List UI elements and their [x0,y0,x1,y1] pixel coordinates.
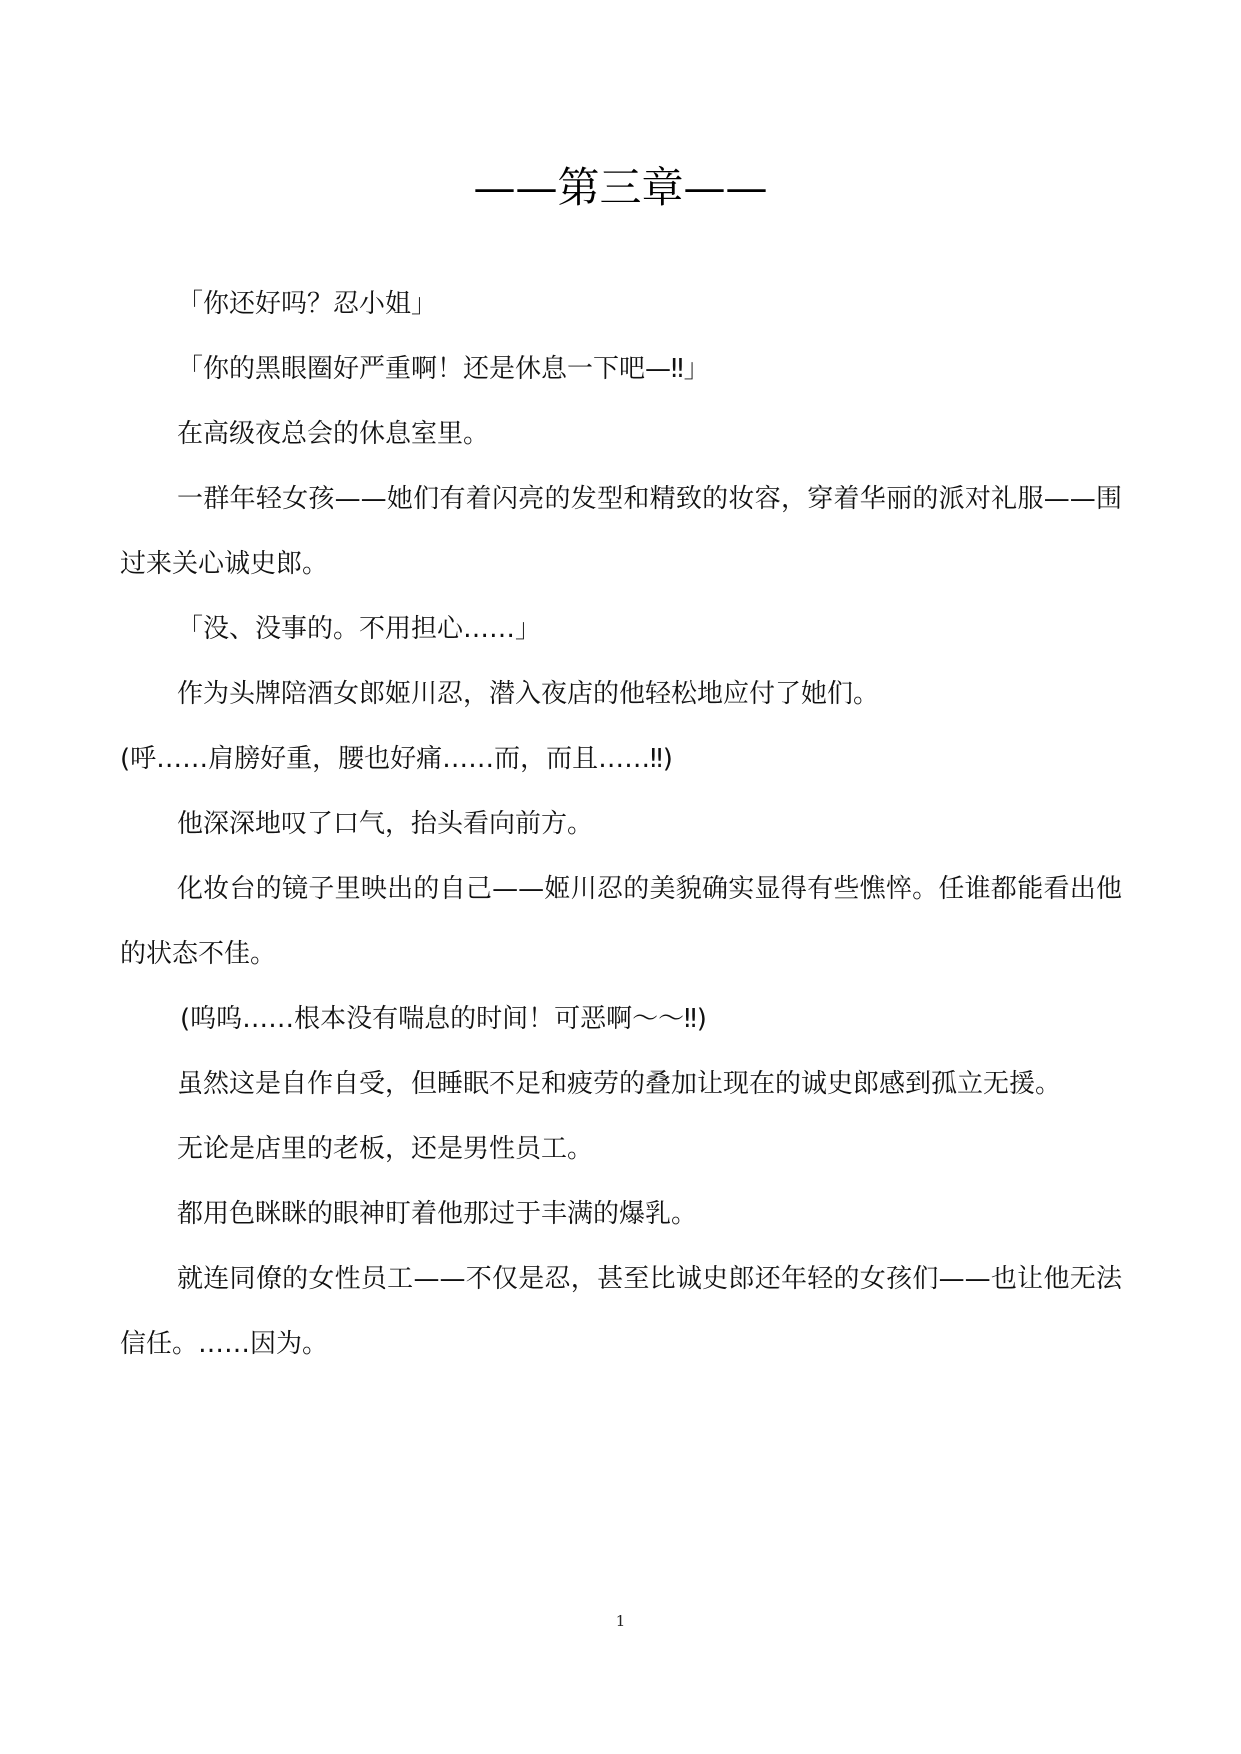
paragraph: (呜呜……根本没有喘息的时间！可恶啊～～‼) [120,987,1122,1052]
paragraph: 一群年轻女孩——她们有着闪亮的发型和精致的妆容，穿着华丽的派对礼服——围过来关心… [120,467,1122,597]
paragraph: 都用色眯眯的眼神盯着他那过于丰满的爆乳。 [120,1182,1122,1247]
paragraph: 作为头牌陪酒女郎姬川忍，潜入夜店的他轻松地应付了她们。 [120,662,1122,727]
paragraph: 「没、没事的。不用担心……」 [120,597,1122,662]
paragraph: 虽然这是自作自受，但睡眠不足和疲劳的叠加让现在的诚史郎感到孤立无援。 [120,1052,1122,1117]
document-page: ——第三章—— 「你还好吗？忍小姐」 「你的黑眼圈好严重啊！还是休息一下吧—‼」… [0,0,1241,1754]
paragraph: (呼……肩膀好重，腰也好痛……而，而且……‼) [120,727,1122,792]
paragraph: 他深深地叹了口气，抬头看向前方。 [120,792,1122,857]
chapter-title: ——第三章—— [0,160,1241,216]
paragraph: 无论是店里的老板，还是男性员工。 [120,1117,1122,1182]
paragraph: 「你还好吗？忍小姐」 [120,272,1122,337]
body-text: 「你还好吗？忍小姐」 「你的黑眼圈好严重啊！还是休息一下吧—‼」 在高级夜总会的… [120,272,1122,1377]
paragraph: 就连同僚的女性员工——不仅是忍，甚至比诚史郎还年轻的女孩们——也让他无法信任。…… [120,1247,1122,1377]
paragraph: 「你的黑眼圈好严重啊！还是休息一下吧—‼」 [120,337,1122,402]
page-number: 1 [0,1612,1241,1630]
paragraph: 化妆台的镜子里映出的自己——姬川忍的美貌确实显得有些憔悴。任谁都能看出他的状态不… [120,857,1122,987]
paragraph: 在高级夜总会的休息室里。 [120,402,1122,467]
